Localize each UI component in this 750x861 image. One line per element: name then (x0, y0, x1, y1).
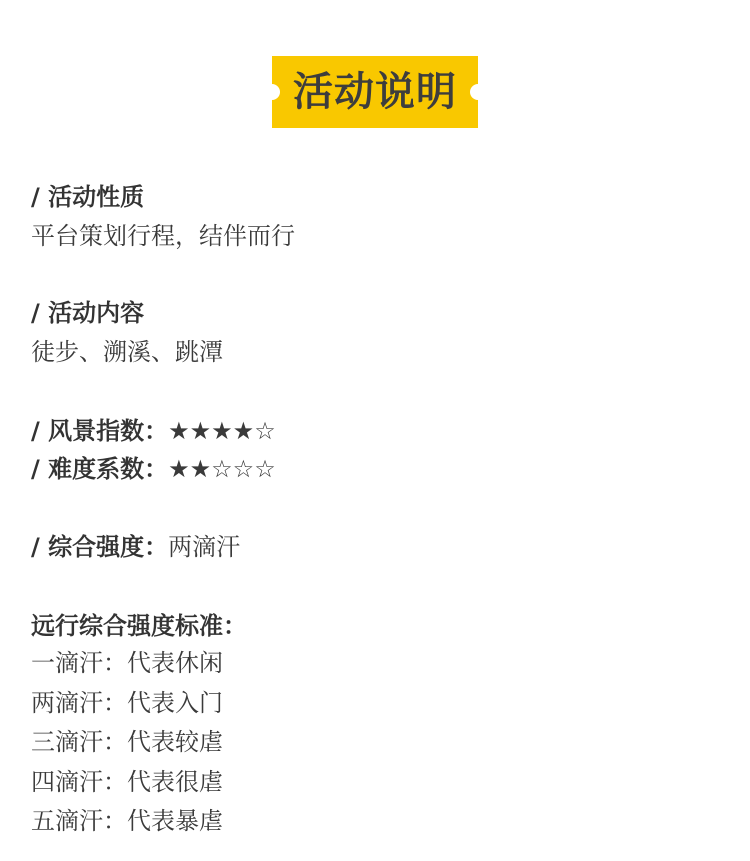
badge-notch-right (470, 84, 486, 100)
standard-item: 两滴汗：代表入门 (31, 688, 223, 718)
standard-item: 四滴汗：代表很虐 (31, 767, 223, 797)
scenery-rating-row: / 风景指数：★★★★☆ (31, 416, 276, 446)
standard-level: 两滴汗： (31, 689, 127, 717)
standard-desc: 代表很虐 (127, 768, 223, 796)
difficulty-rating-row: / 难度系数：★★☆☆☆ (31, 454, 276, 484)
intensity-row: / 综合强度：两滴汗 (31, 532, 240, 562)
standard-level: 四滴汗： (31, 768, 127, 796)
page-title: 活动说明 (293, 72, 457, 112)
standard-desc: 代表入门 (127, 689, 223, 717)
difficulty-stars-icon: ★★☆☆☆ (168, 455, 276, 483)
badge-background: 活动说明 (272, 56, 478, 128)
standard-level: 五滴汗： (31, 807, 127, 835)
scenery-label: / 风景指数： (31, 417, 168, 445)
nature-heading: / 活动性质 (31, 182, 144, 212)
nature-text: 平台策划行程，结伴而行 (31, 221, 295, 251)
standard-level: 一滴汗： (31, 649, 127, 677)
scenery-stars-icon: ★★★★☆ (168, 417, 276, 445)
content-text: 徒步、溯溪、跳潭 (31, 337, 223, 367)
standard-item: 三滴汗：代表较虐 (31, 727, 223, 757)
standard-level: 三滴汗： (31, 728, 127, 756)
standard-heading: 远行综合强度标准： (31, 611, 247, 641)
intensity-value: 两滴汗 (168, 533, 240, 561)
standard-desc: 代表暴虐 (127, 807, 223, 835)
title-badge: 活动说明 (272, 56, 478, 128)
badge-notch-left (264, 84, 280, 100)
standard-item: 五滴汗：代表暴虐 (31, 806, 223, 836)
intensity-label: / 综合强度： (31, 533, 168, 561)
difficulty-label: / 难度系数： (31, 455, 168, 483)
standard-desc: 代表休闲 (127, 649, 223, 677)
standard-item: 一滴汗：代表休闲 (31, 648, 223, 678)
standard-desc: 代表较虐 (127, 728, 223, 756)
content-heading: / 活动内容 (31, 298, 144, 328)
